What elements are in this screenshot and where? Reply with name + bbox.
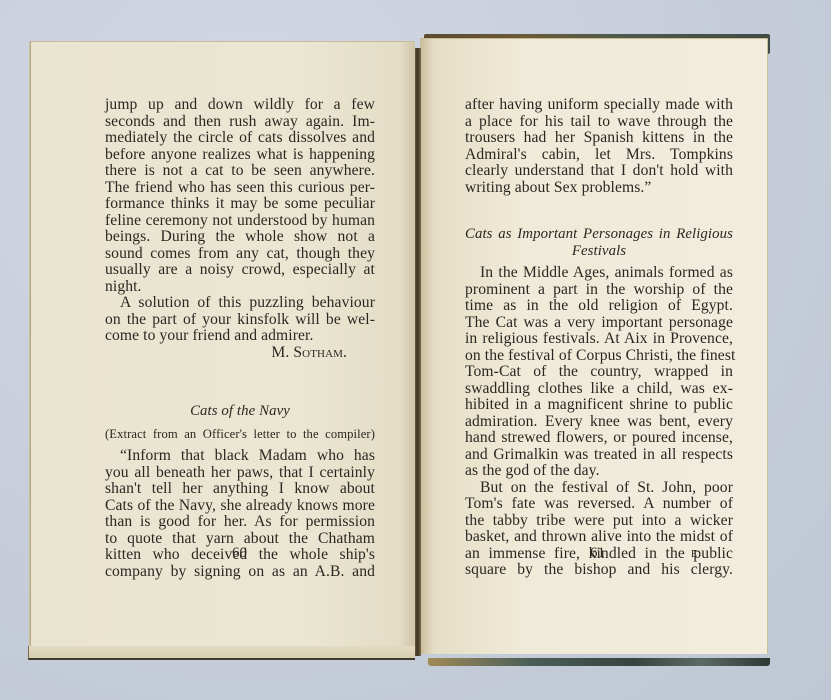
section-heading: Cats of the Navy [105, 403, 375, 420]
text-line: than is good for her. As for permission [105, 514, 375, 531]
text-line: Cats of the Navy, she already knows more [105, 498, 375, 515]
text-line: feline ceremony not understood by human [105, 213, 375, 230]
text-line: Tom's fate was reversed. A number of [465, 496, 733, 513]
text-line: In the Middle Ages, animals formed as [465, 265, 733, 282]
text-line: company by signing on as an A.B. and [105, 564, 375, 581]
text-line: usually are a noisy crowd, especially at [105, 262, 375, 279]
text-line: come to your friend and admirer. [105, 328, 375, 345]
text-line: beings. During the whole show not a [105, 229, 375, 246]
section-heading-continued: Festivals [465, 243, 733, 260]
text-line: basket, and thrown alive into the midst … [465, 529, 733, 546]
text-line: there is not a cat to be seen anywhere. [105, 163, 375, 180]
page-number: 60 [232, 545, 247, 562]
text-line: But on the festival of St. John, poor [465, 480, 733, 497]
text-line: as the god of the day. [465, 463, 733, 480]
text-line: shan't tell her anything I know about [105, 481, 375, 498]
text-line: The Cat was a very important personage [465, 315, 733, 332]
text-line: A solution of this puzzling behaviour [105, 295, 375, 312]
printer-signature-mark: E [691, 549, 698, 560]
text-line: before anyone realizes what is happening [105, 147, 375, 164]
text-line: admiration. Every knee was bent, every [465, 414, 733, 431]
text-line: The friend who has seen this curious per… [105, 180, 375, 197]
text-line: swaddling clothes like a child, was ex- [465, 381, 733, 398]
text-line: clearly understand that I don't hold wit… [465, 163, 733, 180]
text-line: the tabby tribe were put into a wicker [465, 513, 733, 530]
book-cover-bottom-edge [428, 658, 770, 666]
open-book: jump up and down wildly for a few second… [0, 0, 831, 700]
text-line: trousers had her Spanish kittens in the [465, 130, 733, 147]
text-line: prominent a part in the worship of the [465, 282, 733, 299]
text-line: on the festival of Corpus Christi, the f… [465, 348, 733, 365]
book-spine-gutter [415, 48, 421, 656]
text-line: on the part of your kinsfolk will be wel… [105, 312, 375, 329]
left-page-text: jump up and down wildly for a few second… [105, 97, 375, 580]
page-number: 61 [590, 545, 605, 562]
section-heading: Cats as Important Personages in Religiou… [465, 226, 733, 243]
right-page-text: after having uniform specially made with… [465, 97, 733, 579]
text-line: hibited in a magnificent shrine to publi… [465, 397, 733, 414]
text-line: time as in the old religion of Egypt. [465, 298, 733, 315]
text-line: seconds and then rush away again. Im- [105, 114, 375, 131]
text-line: sound comes from any cat, though they [105, 246, 375, 263]
text-line: writing about Sex problems.” [465, 180, 733, 197]
text-line: and Grimalkin was treated in all respect… [465, 447, 733, 464]
text-line: Tom-Cat of the country, wrapped in [465, 364, 733, 381]
text-line: formance thinks it may be some peculiar [105, 196, 375, 213]
text-line: a place for his tail to wave through the [465, 114, 733, 131]
text-line: in religious festivals. At Aix in Proven… [465, 331, 733, 348]
text-line: square by the bishop and his clergy. [465, 562, 733, 579]
text-line: you all beneath her paws, that I certain… [105, 465, 375, 482]
section-subnote: (Extract from an Officer's letter to the… [105, 426, 375, 443]
text-line: after having uniform specially made with [465, 97, 733, 114]
author-signature: M. Sotham. [105, 345, 375, 362]
text-line: Admiral's cabin, let Mrs. Tompkins [465, 147, 733, 164]
text-line: night. [105, 279, 375, 296]
text-line: hand strewed flowers, or poured incense, [465, 430, 733, 447]
text-line: jump up and down wildly for a few [105, 97, 375, 114]
left-page-bottom-edge [28, 646, 415, 660]
text-line: mediately the circle of cats dissolves a… [105, 130, 375, 147]
text-line: “Inform that black Madam who has [105, 448, 375, 465]
